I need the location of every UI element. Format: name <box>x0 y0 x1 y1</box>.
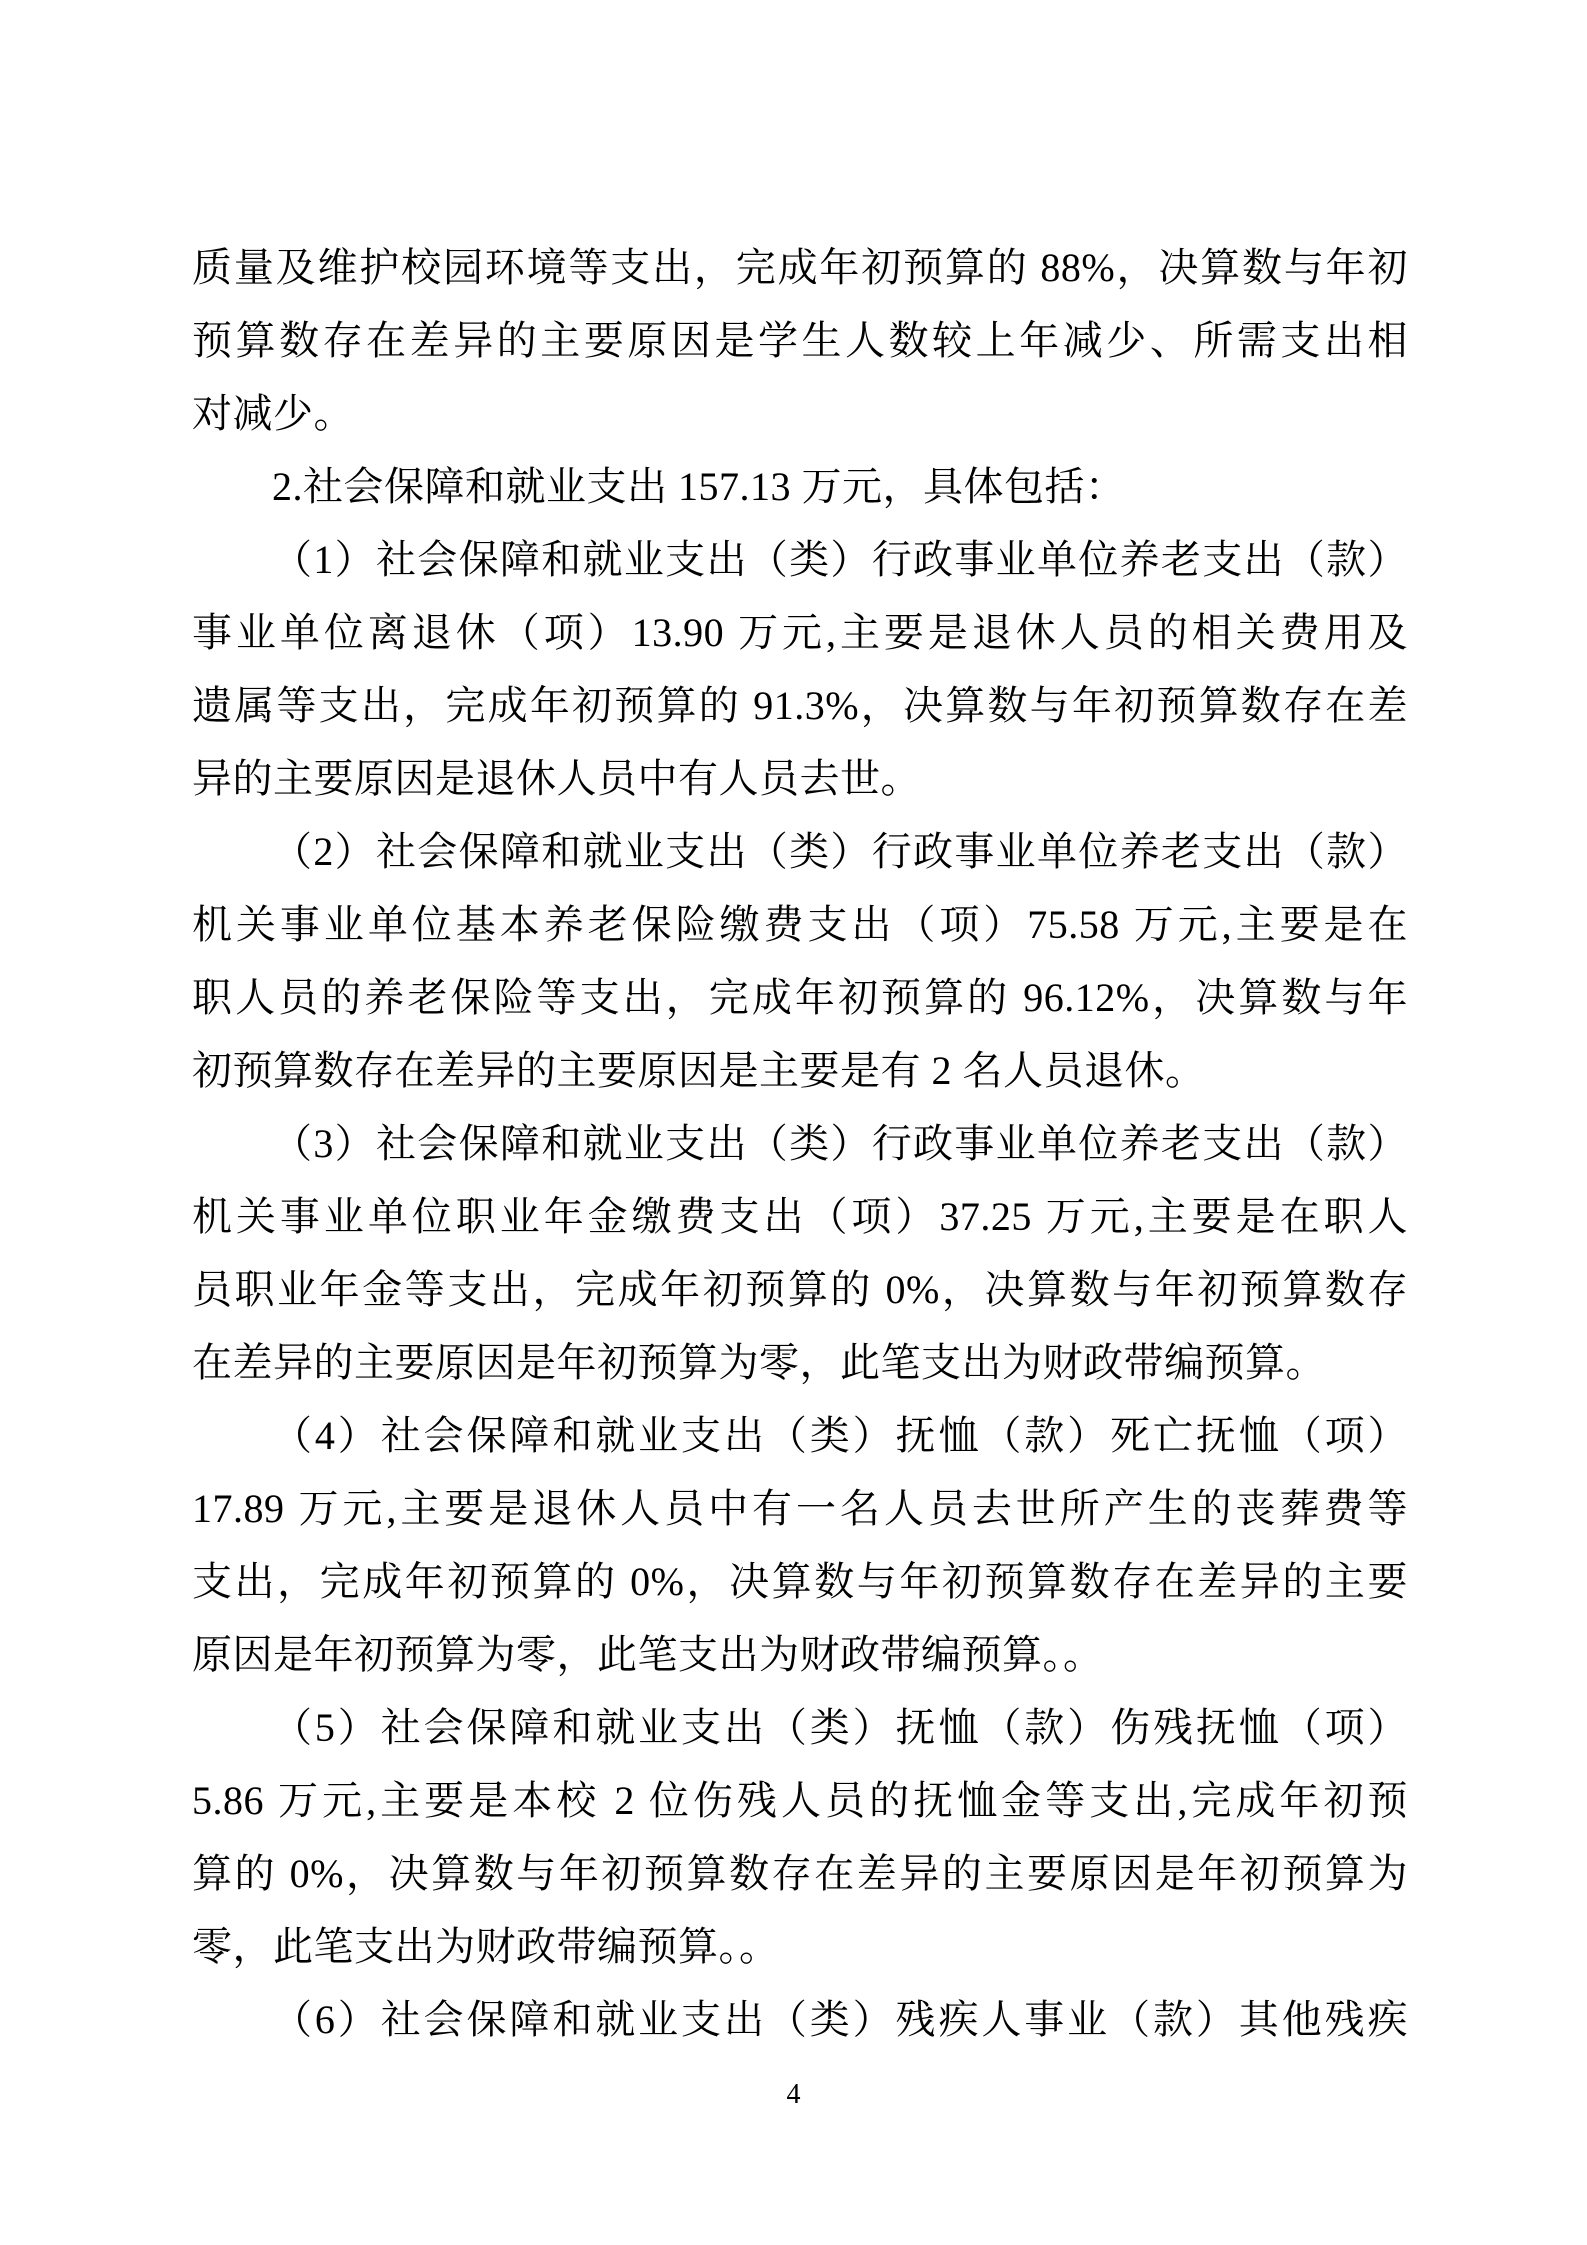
page-number: 4 <box>0 2078 1587 2112</box>
text-line: 预算数存在差异的主要原因是学生人数较上年减少、所需支出相 <box>192 304 1408 377</box>
text-line: （4）社会保障和就业支出（类）抚恤（款）死亡抚恤（项） <box>192 1399 1408 1472</box>
text-line: （5）社会保障和就业支出（类）抚恤（款）伤残抚恤（项） <box>192 1691 1408 1764</box>
text-line: 2.社会保障和就业支出 157.13 万元，具体包括： <box>192 450 1408 523</box>
document-body: 质量及维护校园环境等支出，完成年初预算的 88%，决算数与年初 预算数存在差异的… <box>192 231 1408 2056</box>
text-line: 遗属等支出，完成年初预算的 91.3%，决算数与年初预算数存在差 <box>192 669 1408 742</box>
text-line: 算的 0%，决算数与年初预算数存在差异的主要原因是年初预算为 <box>192 1837 1408 1910</box>
text-line: 原因是年初预算为零，此笔支出为财政带编预算。。 <box>192 1618 1408 1691</box>
text-line: 机关事业单位基本养老保险缴费支出（项）75.58 万元,主要是在 <box>192 888 1408 961</box>
text-line: （3）社会保障和就业支出（类）行政事业单位养老支出（款） <box>192 1107 1408 1180</box>
text-line: 17.89 万元,主要是退休人员中有一名人员去世所产生的丧葬费等 <box>192 1472 1408 1545</box>
text-line: 事业单位离退休（项）13.90 万元,主要是退休人员的相关费用及 <box>192 596 1408 669</box>
text-line: （1）社会保障和就业支出（类）行政事业单位养老支出（款） <box>192 523 1408 596</box>
text-line: 零，此笔支出为财政带编预算。。 <box>192 1910 1408 1983</box>
text-line: 对减少。 <box>192 377 1408 450</box>
text-line: 在差异的主要原因是年初预算为零，此笔支出为财政带编预算。 <box>192 1326 1408 1399</box>
text-line: 质量及维护校园环境等支出，完成年初预算的 88%，决算数与年初 <box>192 231 1408 304</box>
text-line: 员职业年金等支出，完成年初预算的 0%，决算数与年初预算数存 <box>192 1253 1408 1326</box>
text-line: 支出，完成年初预算的 0%，决算数与年初预算数存在差异的主要 <box>192 1545 1408 1618</box>
text-line: 初预算数存在差异的主要原因是主要是有 2 名人员退休。 <box>192 1034 1408 1107</box>
document-page: 质量及维护校园环境等支出，完成年初预算的 88%，决算数与年初 预算数存在差异的… <box>0 0 1587 2245</box>
text-line: 异的主要原因是退休人员中有人员去世。 <box>192 742 1408 815</box>
text-line: （6）社会保障和就业支出（类）残疾人事业（款）其他残疾 <box>192 1983 1408 2056</box>
text-line: （2）社会保障和就业支出（类）行政事业单位养老支出（款） <box>192 815 1408 888</box>
text-line: 机关事业单位职业年金缴费支出（项）37.25 万元,主要是在职人 <box>192 1180 1408 1253</box>
text-line: 5.86 万元,主要是本校 2 位伤残人员的抚恤金等支出,完成年初预 <box>192 1764 1408 1837</box>
text-line: 职人员的养老保险等支出，完成年初预算的 96.12%，决算数与年 <box>192 961 1408 1034</box>
